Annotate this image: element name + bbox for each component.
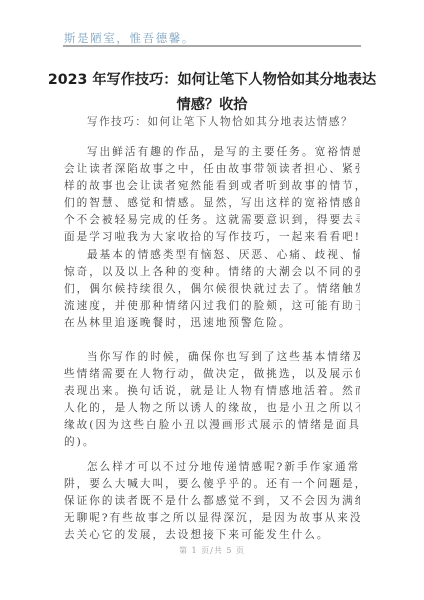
paragraph-line: 流速度，并使那种情绪闪过我们的脸颊，这可能有助于我们的祖先 [64,298,360,315]
header-motto: 斯是陋室，惟吾德馨。 [64,30,195,46]
paragraph-line: 样的故事也会让读者宛然能看到或者听到故事的情节，继而激发他 [64,178,360,195]
paragraph-line: 面是学习啦我为大家收拾的写作技巧，一起来看看吧! [64,229,360,246]
paragraph-line: 惊奇，以及以上各种的变种。情绪的大潮会以不同的强度影响我 [64,264,360,281]
paragraph-line: 阱，要么大喊大叫，要么傻乎乎的。还有一个问题是，怎么样才干 [64,476,360,493]
document-title-line-1: 2023 年写作技巧：如何让笔下人物恰如其分地表达 [40,67,384,93]
paragraph-line: 人化的，是人物之所以诱人的缘故，也是小丑之所以不讨人爱慕的 [64,400,360,417]
paragraph-2: 最基本的情感类型有恼怒、厌恶、心痛、歧视、愉快、害怕和 惊奇，以及以上各种的变种… [64,247,360,332]
paragraph-line: 缘故(因为这些白脸小丑以漫画形式展示的情绪是面具化的和夸张 [64,417,360,434]
paragraph-line: 去关心它的发展，去设想接下来可能发生什么。 [64,527,360,544]
paragraph-4: 怎么样才可以不过分地传递情感呢?新手作家通常陷入这样的陷 阱，要么大喊大叫，要么… [64,459,360,544]
paragraph-line: 个不会被轻易完成的任务。这就需要意识到，得要去寻找情感。下 [64,212,360,229]
paragraph-line: 保证你的读者既不是什么都感觉不到，又不会因为满纸闹剧而感到 [64,493,360,510]
paragraph-line: 最基本的情感类型有恼怒、厌恶、心痛、歧视、愉快、害怕和 [64,247,360,264]
paragraph-line: 些情绪需要在人物行动，做决定，做挑选，以及展示价值观的时候 [64,366,360,383]
paragraph-line: 当你写作的时候，确保你也写到了这些基本情绪及其变化。这 [64,349,360,366]
paragraph-1: 写出鲜活有趣的作品，是写的主要任务。宽裕情感能力的故事 会让读者深陷故事之中，任… [64,144,360,246]
paragraph-line: 在丛林里追逐晚餐时，迅速地预警危险。 [64,315,360,332]
document-page: 斯是陋室，惟吾德馨。 2023 年写作技巧：如何让笔下人物恰如其分地表达 情感？… [0,0,424,600]
paragraph-line: 无聊呢?有些故事之所以显得深沉，是因为故事从来没能使读者主动 [64,510,360,527]
paragraph-line: 们，偶尔候持续很久，偶尔候很快就过去了。情绪触发器会加快血 [64,281,360,298]
paragraph-line: 的)。 [64,434,360,451]
header-divider [63,45,361,47]
paragraph-3: 当你写作的时候，确保你也写到了这些基本情绪及其变化。这 些情绪需要在人物行动，做… [64,349,360,451]
paragraph-line: 怎么样才可以不过分地传递情感呢?新手作家通常陷入这样的陷 [64,459,360,476]
paragraph-line: 表现出来。换句话说，就是让人物有情感地活着。然而，情感是个 [64,383,360,400]
page-indicator: 第 1 页/共 5 页 [0,545,424,556]
paragraph-line: 们的智慧、感觉和情感。显然，写出这样的宽裕情感的故事，是一 [64,195,360,212]
intro-line: 写作技巧：如何让笔下人物恰如其分地表达情感？ [87,114,353,129]
paragraph-line: 会让读者深陷故事之中，任由故事带领读者担心、紧张、恼怒。这 [64,161,360,178]
paragraph-line: 写出鲜活有趣的作品，是写的主要任务。宽裕情感能力的故事 [64,144,360,161]
